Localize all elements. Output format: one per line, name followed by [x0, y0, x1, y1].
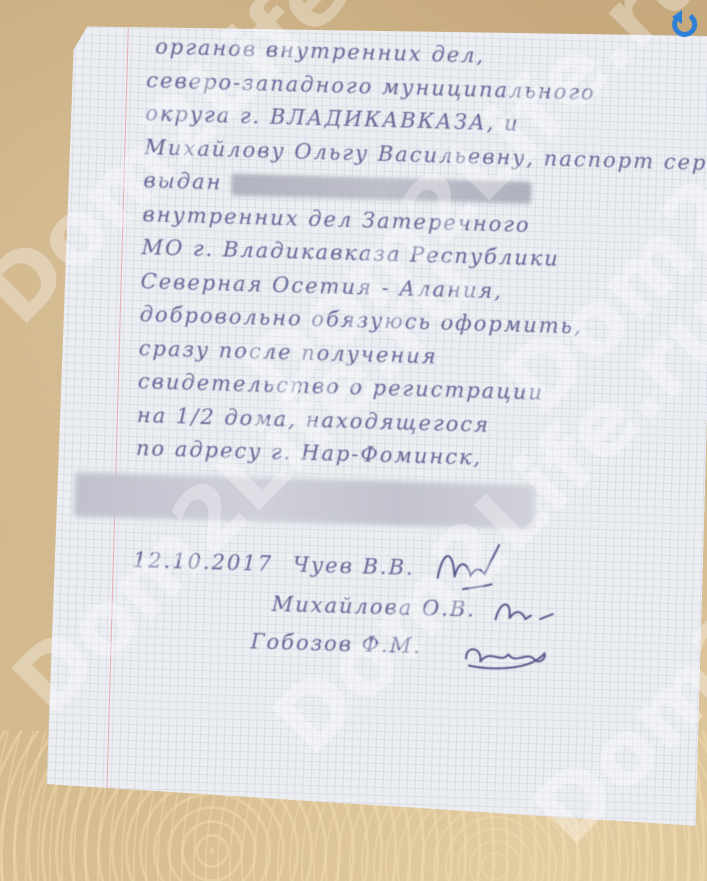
- signature-date: 12.10.2017: [132, 544, 273, 581]
- document-text: органов внутренних дел, северо-западного…: [129, 30, 697, 699]
- rotate-button[interactable]: [665, 6, 701, 42]
- signature-mark: [433, 538, 504, 573]
- signatory-name: Чуев В.В.: [292, 548, 415, 585]
- signature-block: 12.10.2017 Чуев В.В. Михайлова О.В. Гобо…: [129, 544, 683, 699]
- signature-mark: [491, 594, 562, 629]
- signature-mark: [460, 639, 551, 675]
- redacted-issuer: [231, 173, 531, 203]
- margin-line: [106, 20, 129, 810]
- text-segment: выдан: [143, 168, 223, 194]
- signatory-name: Гобозов Ф.М.: [250, 625, 422, 663]
- signatory-name: Михайлова О.В.: [271, 587, 476, 626]
- rotate-left-icon: [668, 9, 698, 39]
- redacted-address: [74, 472, 535, 529]
- handwritten-document: органов внутренних дел, северо-западного…: [46, 18, 707, 826]
